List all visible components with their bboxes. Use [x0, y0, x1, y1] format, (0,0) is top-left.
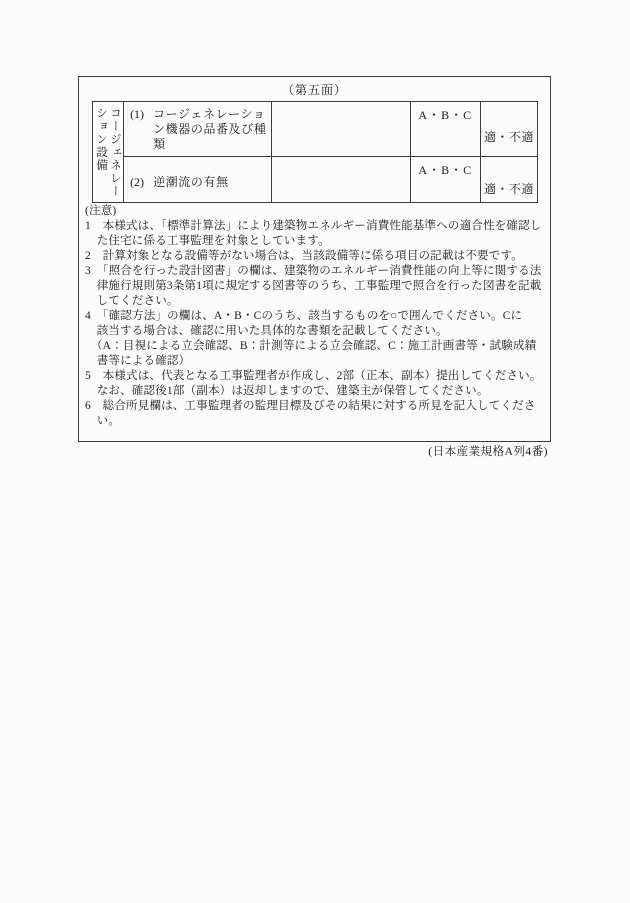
- table-row: コージェネレーション設備 (1) コージェネレーショ ン機器の品番及び種 類 A…: [93, 102, 538, 157]
- equipment-group-label: コージェネレーション設備: [94, 107, 122, 202]
- confirmation-method-cell-2: A・B・C: [410, 157, 480, 203]
- equipment-group-label-line1: コージェネレー: [108, 107, 122, 202]
- item-number: (1): [130, 107, 144, 122]
- equipment-group-label-line2: ション設備: [94, 107, 108, 202]
- item-label: 逆潮流の有無: [153, 175, 229, 190]
- confirmation-method-cell-1: A・B・C: [410, 102, 480, 157]
- item-label: コージェネレーショ ン機器の品番及び種 類: [153, 107, 266, 152]
- notes-heading: (注意): [85, 204, 547, 219]
- item-cell-1: (1) コージェネレーショ ン機器の品番及び種 類: [124, 102, 272, 157]
- note-item-2: 2 計算対象となる設備等がない場合は、当該設備等に係る項目の記載は不要です。: [85, 249, 547, 264]
- document-page: （第五面） コージェネレーション設備 (1) コージェネレーショ ン機器の品番及…: [0, 0, 630, 903]
- design-doc-cell-1: [272, 102, 410, 157]
- note-item-6: 6 総合所見欄は、工事監理者の監理目標及びその結果に対する所見を記入してくださ …: [85, 399, 547, 429]
- note-item-4: 4 「確認方法」の欄は、A・B・Cのうち、該当するものを○で囲んでください。Cに…: [85, 309, 547, 369]
- item-number: (2): [130, 175, 144, 190]
- table-row: (2) 逆潮流の有無 A・B・C 適・不適: [93, 157, 538, 203]
- form-sheet-border: （第五面） コージェネレーション設備 (1) コージェネレーショ ン機器の品番及…: [78, 76, 551, 442]
- pass-fail-cell-1: 適・不適: [480, 102, 537, 157]
- note-item-5: 5 本様式は、代表となる工事監理者が作成し、2部（正本、副本）提出してください。…: [85, 369, 547, 399]
- notes-section: (注意) 1 本様式は、「標準計算法」により建築物エネルギー消費性能基準への適合…: [85, 204, 547, 429]
- note-item-1: 1 本様式は、「標準計算法」により建築物エネルギー消費性能基準への適合性を確認し…: [85, 219, 547, 249]
- equipment-group-label-cell: コージェネレーション設備: [93, 102, 124, 203]
- design-doc-cell-2: [272, 157, 410, 203]
- page-title: （第五面）: [79, 81, 550, 98]
- pass-fail-cell-2: 適・不適: [480, 157, 537, 203]
- item-cell-2: (2) 逆潮流の有無: [124, 157, 272, 203]
- cogeneration-inspection-table: コージェネレーション設備 (1) コージェネレーショ ン機器の品番及び種 類 A…: [92, 101, 538, 203]
- paper-size-note: (日本産業規格А列4番): [0, 443, 548, 459]
- note-item-3: 3 「照合を行った設計図書」の欄は、建築物のエネルギー消費性能の向上等に関する法…: [85, 264, 547, 309]
